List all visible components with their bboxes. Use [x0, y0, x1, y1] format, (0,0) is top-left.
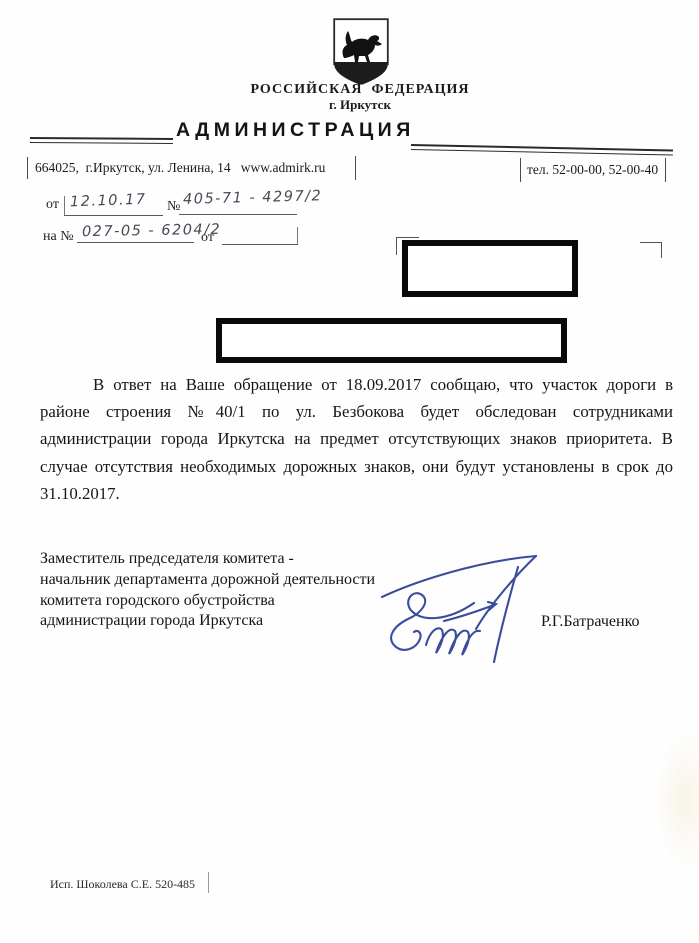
- incoming-date-field: [222, 227, 298, 245]
- scanned-letter-page: РОССИЙСКАЯ ФЕДЕРАЦИЯ г. Иркутск АДМИНИСТ…: [0, 0, 699, 943]
- signer-position-line: Заместитель председателя комитета -: [40, 549, 375, 570]
- handwritten-signature-icon: [368, 533, 546, 665]
- address-line: 664025, г.Иркутск, ул. Ленина, 14 www.ad…: [35, 160, 325, 176]
- phone-line: тел. 52-00-00, 52-00-40: [527, 162, 658, 178]
- signer-name: Р.Г.Батраченко: [541, 613, 640, 631]
- signer-position-line: администрации города Иркутска: [40, 611, 375, 632]
- organization-title: АДМИНИСТРАЦИЯ: [176, 119, 415, 142]
- address-left-tick: [27, 157, 28, 179]
- address-separator-bar: [355, 156, 356, 180]
- city-heading: г. Иркутск: [21, 97, 699, 113]
- country-heading: РОССИЙСКАЯ ФЕДЕРАЦИЯ: [21, 82, 699, 98]
- irkutsk-coat-of-arms-icon: [333, 18, 389, 86]
- redaction-box-addressee: [402, 240, 578, 297]
- phone-left-bar: [520, 158, 521, 182]
- outgoing-date-label: от: [46, 197, 59, 213]
- addressee-corner-mark-right: [640, 242, 662, 258]
- incoming-number-label: на №: [43, 229, 74, 245]
- redaction-box-subject: [216, 318, 567, 363]
- incoming-date-label: от: [201, 230, 214, 246]
- letter-body-paragraph: В ответ на Ваше обращение от 18.09.2017 …: [40, 371, 673, 507]
- outgoing-number-handwritten-value: 405-71 - 4297/2: [183, 188, 323, 208]
- outgoing-date-handwritten-value: 12.10.17: [70, 192, 147, 211]
- signer-position-line: начальник департамента дорожной деятельн…: [40, 570, 375, 591]
- phone-right-bar: [665, 158, 666, 182]
- header-rule-right: [411, 144, 673, 155]
- signer-position-block: Заместитель председателя комитета - нача…: [40, 549, 375, 632]
- header-rule-left: [30, 137, 173, 144]
- executor-line-tick: [208, 872, 209, 893]
- scan-smudge-artifact: [655, 730, 699, 870]
- executor-line: Исп. Шоколева С.Е. 520-485: [50, 877, 195, 892]
- signer-position-line: комитета городского обустройства: [40, 591, 375, 612]
